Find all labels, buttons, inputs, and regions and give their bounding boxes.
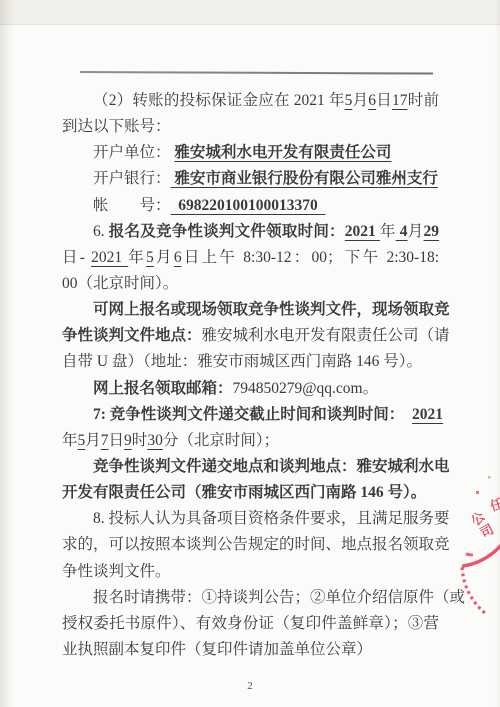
text-segment: 月 [154,249,174,266]
document-line: 帐 号： 698220100100013370 [62,193,439,219]
page-number: 2 [62,680,439,692]
ink-speck-1 [476,491,479,494]
text-segment: 雅安城利水电开发有限责任公司（请 [202,327,450,344]
document-line: 6. 报名及竞争性谈判文件领取时间：2021 年 4月29 [62,219,439,245]
text-segment: 年 [380,223,396,240]
document-line: 争性谈判文件地点：雅安城利水电开发有限责任公司（请 [62,323,439,349]
text-segment: 6 [174,249,182,266]
seal-char-1: 任 [488,496,500,514]
text-segment: 7: 竞争性谈判文件递交截止时间和谈判时间： [93,406,404,423]
text-segment: 2021 [345,223,380,240]
document-line: 到达以下账号： [62,114,439,140]
text-segment: 698220100100013370 [171,197,326,214]
document-line: 7: 竞争性谈判文件递交截止时间和谈判时间： 2021 [62,402,439,428]
text-segment: 5 [146,249,154,266]
text-segment: 分（北京时间）； [163,432,279,449]
text-segment: 6 [368,92,376,109]
text-segment: 开发有限责任公司（雅安市雨城区西门南路 146 号）。 [62,484,426,501]
text-segment: 到达以下账号： [62,118,171,135]
text-segment: 2021 [412,406,443,423]
scan-top-band [0,0,500,25]
scan-left-shadow [0,0,14,707]
text-segment: 794850279@qq.com。 [233,380,379,397]
text-segment: 日 [376,92,392,109]
text-segment: 月 [85,432,101,449]
text-segment: 业执照副本复印件（复印件请加盖单位公章） [62,641,372,658]
text-segment: 求的，可以按照本谈判公告规定的时间、地点报名领取竞 [62,536,450,553]
text-segment: 00（北京时间）。 [62,275,178,292]
text-segment: 29 [424,223,440,240]
document-line: 开户单位： 雅安城利水电开发有限责任公司 [62,140,439,166]
text-segment: 争性谈判文件地点： [62,327,202,344]
horizontal-divider-line [80,71,433,74]
document-line: 8. 投标人认为具备项目资格条件要求，且满足服务要 [62,506,439,532]
text-segment: 雅安市商业银行股份有限公司雅州支行 [171,170,438,187]
text-segment: 30 [147,432,163,449]
text-segment: 报名及竞争性谈判文件领取时间： [109,223,345,240]
text-segment: 时 [132,432,148,449]
document-line: 年5月7日9时30分（北京时间）； [62,428,439,454]
text-segment: 6. [93,223,109,240]
text-segment: 4 [396,223,408,240]
text-segment: 可网上报名或现场领取竞争性谈判文件，现场领取竞 [93,301,450,318]
text-segment: 开户银行： [93,170,171,187]
document-line: 开发有限责任公司（雅安市雨城区西门南路 146 号）。 [62,480,439,506]
document-line: 报名时请携带：①持谈判公告；②单位介绍信原件（或 [62,585,439,611]
text-segment: 时前 [408,92,439,109]
text-segment: 授权委托书原件）、有效身份证（复印件盖鲜章）；③营 [62,615,439,632]
document-line: 竞争性谈判文件递交地点和谈判地点：雅安城利水电 [62,454,439,480]
text-segment: 帐 号： [93,197,171,214]
document-line: 授权委托书原件）、有效身份证（复印件盖鲜章）；③营 [62,611,439,637]
text-segment: 年 [128,249,146,266]
text-segment: 日 [109,432,125,449]
text-segment: 雅安城利水电开发有限责任公司 [174,144,391,161]
text-segment: （2）转账的投标保证金应在 2021 年 [93,92,345,109]
text-segment: 竞争性谈判文件递交地点和谈判地点：雅安城利水电 [93,458,450,475]
seal-serrated-arc [462,567,485,613]
text-segment: 年 [62,432,78,449]
text-segment: 8. 投标人认为具备项目资格条件要求，且满足服务要 [93,510,450,527]
text-segment [404,406,412,423]
document-line: 日- 2021 年5月6日上午 8:30-12：00；下午 2:30-18: [62,245,439,271]
scanned-page: （2）转账的投标保证金应在 2021 年5月6日17时前到达以下账号：开户单位：… [0,0,500,707]
text-segment: 月 [408,223,424,240]
text-segment: 17 [392,92,408,109]
text-segment: 9 [124,432,132,449]
document-line: 自带 U 盘）（地址：雅安市雨城区西门南路 146 号）。 [62,349,439,375]
document-line: （2）转账的投标保证金应在 2021 年5月6日17时前 [62,88,439,114]
text-segment: 日- [62,249,91,266]
text-segment: 月 [352,92,368,109]
text-segment: 自带 U 盘）（地址：雅安市雨城区西门南路 146 号）。 [62,353,422,370]
document-line: 可网上报名或现场领取竞争性谈判文件，现场领取竞 [62,297,439,323]
document-line: 00（北京时间）。 [62,271,439,297]
document-line: 争性谈判文件。 [62,559,439,585]
text-segment: 开户单位： [93,144,174,161]
text-segment: 日上午 8:30-12：00；下午 2:30-18: [182,249,439,266]
ink-speck-2 [488,476,491,479]
text-segment: 报名时请携带：①持谈判公告；②单位介绍信原件（或 [93,589,465,606]
seal-ink-dash [466,552,473,556]
document-line: 网上报名领取邮箱：794850279@qq.com。 [62,376,439,402]
text-segment: 网上报名领取邮箱： [93,380,233,397]
text-segment: 争性谈判文件。 [62,563,171,580]
document-line: 求的，可以按照本谈判公告规定的时间、地点报名领取竞 [62,532,439,558]
text-segment: 7 [101,432,109,449]
document-body: （2）转账的投标保证金应在 2021 年5月6日17时前到达以下账号：开户单位：… [62,88,439,663]
document-line: 业执照副本复印件（复印件请加盖单位公章） [62,637,439,663]
text-segment: 2021 [91,249,128,266]
document-line: 开户银行： 雅安市商业银行股份有限公司雅州支行 [62,166,439,192]
company-seal: 任 公 司 [438,470,500,626]
